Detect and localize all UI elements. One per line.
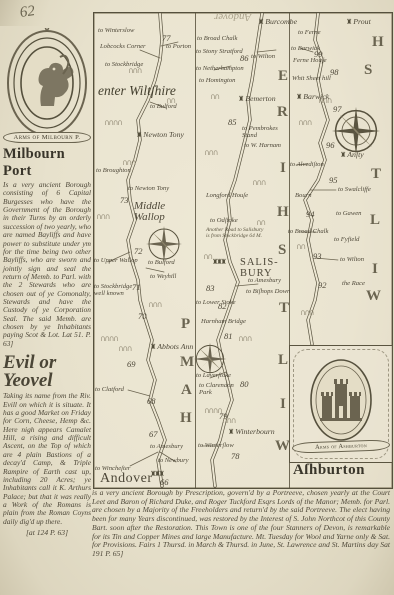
map-label: 83 bbox=[206, 284, 215, 293]
map-label: to Clatford bbox=[95, 387, 124, 394]
map-label: to Winterslow bbox=[98, 28, 134, 35]
map-label: to Newbury bbox=[158, 458, 189, 465]
county-letter: H bbox=[277, 204, 290, 221]
city-cluster-icon: ♜♜♜ bbox=[212, 258, 225, 266]
village-ansty: ♜Anſty bbox=[340, 151, 364, 159]
map-label: to Upper Wallop bbox=[94, 258, 140, 265]
map-label: 97 bbox=[333, 105, 342, 114]
county-letter: M bbox=[180, 354, 195, 371]
map-label: Lobcocks Corner bbox=[100, 44, 146, 51]
map-label: the Race bbox=[342, 281, 365, 288]
church-icon: ♜ bbox=[346, 18, 352, 26]
map-label: Bourn bbox=[295, 193, 311, 200]
hills-icon: ∩∩ bbox=[256, 218, 265, 227]
hills-icon: ∩∩∩∩ bbox=[100, 334, 117, 343]
map-label: to Gawen bbox=[336, 211, 361, 218]
map-label: 93 bbox=[313, 252, 322, 261]
map-label: 67 bbox=[149, 430, 158, 439]
village-abbots-ann: ♜Abbots Ann bbox=[150, 343, 193, 351]
map-label: 94 bbox=[306, 210, 315, 219]
hills-icon: ∩∩∩ bbox=[128, 66, 141, 75]
map-label: to Laverſtoke bbox=[196, 373, 231, 380]
hills-icon: ∩∩∩ bbox=[300, 308, 313, 317]
map-label: to Amesbury bbox=[150, 444, 183, 451]
church-icon: ♜ bbox=[150, 343, 156, 351]
map-label: to Biſhops Down bbox=[246, 289, 290, 296]
county-letter: R bbox=[277, 104, 289, 121]
atlas-page: { "page_number": "62", "reversed_top_lab… bbox=[0, 0, 394, 595]
map-label: to Amesbury bbox=[248, 278, 281, 285]
county-letter: P bbox=[181, 316, 191, 333]
hills-icon: ∩∩∩∩ bbox=[204, 406, 221, 415]
hills-icon: ∩∩ bbox=[296, 242, 305, 251]
village-prout: ♜Prout bbox=[346, 18, 371, 26]
village-newton-tony: ♜Newton Tony bbox=[136, 131, 184, 139]
county-letter: L bbox=[370, 212, 381, 229]
church-icon: ♜ bbox=[136, 131, 142, 139]
map-label: to Swalcliffe bbox=[338, 187, 371, 194]
hills-icon: ∩∩ bbox=[203, 252, 212, 261]
hills-icon: ∩∩∩ bbox=[118, 344, 131, 353]
church-icon: ♜ bbox=[340, 151, 346, 159]
yeovil-footnote: [at 124 P. 63] bbox=[3, 528, 91, 537]
map-label: Whit Sheet hill bbox=[292, 76, 331, 83]
map-label: to Newton Tony bbox=[128, 186, 169, 193]
reversed-header-label: Andover bbox=[214, 11, 251, 23]
map-label: 98 bbox=[330, 68, 339, 77]
map-label: to Broad Chalk bbox=[197, 36, 237, 43]
map-label: to Wilton bbox=[251, 54, 275, 61]
town-middle-wallop: Middle Wallop bbox=[134, 201, 192, 223]
village-bemerton: ♜Bemerton bbox=[238, 95, 276, 103]
county-letter: L bbox=[278, 352, 289, 369]
hills-icon: ∩∩∩ bbox=[148, 300, 161, 309]
map-label: 85 bbox=[228, 118, 237, 127]
map-label: 68 bbox=[147, 397, 156, 406]
map-label: to Homington bbox=[199, 78, 235, 85]
church-icon: ♜ bbox=[296, 93, 302, 101]
hills-icon: ∩∩∩ bbox=[122, 158, 135, 167]
map-label: Harnham Bridge bbox=[201, 319, 246, 326]
milbourn-description: Is a very ancient Borough consisting of … bbox=[3, 181, 91, 348]
map-label: to Clarendon Park bbox=[199, 383, 245, 396]
county-letter: I bbox=[280, 160, 287, 177]
map-label: 86 bbox=[240, 54, 249, 63]
church-icon: ♜ bbox=[238, 95, 244, 103]
map-label: to Alvediſton bbox=[290, 162, 324, 169]
map-label: to Netherhampton bbox=[196, 66, 244, 73]
map-label: Ferne Houſe bbox=[293, 58, 327, 65]
hills-icon: ∩∩∩ bbox=[204, 148, 217, 157]
map-label: to Weyhill bbox=[150, 274, 176, 281]
map-label: to Ferne bbox=[298, 30, 321, 37]
hills-icon: ∩∩∩ bbox=[298, 118, 311, 127]
map-label: to Broughton bbox=[96, 168, 131, 175]
milbourn-arms-cartouche bbox=[5, 28, 89, 138]
hills-icon: ∩∩ bbox=[166, 96, 175, 105]
county-letter: H bbox=[372, 34, 385, 51]
map-label: to Bulford bbox=[150, 104, 177, 111]
hills-icon: ∩∩ bbox=[210, 92, 219, 101]
county-letter: W bbox=[366, 288, 382, 305]
hills-icon: ∩∩∩∩ bbox=[104, 118, 121, 127]
village-winterbourn: ♜Winterbourn bbox=[228, 428, 275, 436]
church-icon: ♜ bbox=[228, 428, 234, 436]
ashburton-description: is a very ancient Borough by Prescriptio… bbox=[92, 489, 390, 559]
map-label: to Winterſlow bbox=[198, 443, 234, 450]
map-label: 77 bbox=[162, 34, 171, 43]
map-label: Another Road to Salisbury is from Stockb… bbox=[206, 228, 266, 239]
county-letter: A bbox=[181, 382, 193, 399]
county-letter: T bbox=[371, 166, 382, 183]
map-label: enter Wiltſhire bbox=[98, 84, 190, 98]
map-label: 72 bbox=[134, 247, 143, 256]
village-burcombe: ♜Burcombe bbox=[258, 18, 297, 26]
county-letter: S bbox=[278, 242, 287, 259]
map-label: Longford Houſe bbox=[206, 193, 248, 200]
map-label: to Broad Chalk bbox=[288, 229, 328, 236]
map-label: 96 bbox=[326, 141, 335, 150]
map-label: to Fyfield bbox=[334, 237, 359, 244]
map-label: to Pembrokes Stand bbox=[242, 126, 288, 139]
town-andover: Andover bbox=[100, 472, 153, 486]
ashburton-title: Aſhburton bbox=[293, 462, 365, 479]
yeovil-description: Taking its name from the Riv. Evill on w… bbox=[3, 392, 91, 526]
map-label: 81 bbox=[224, 332, 233, 341]
map-label: to Barwick bbox=[291, 46, 320, 53]
hills-icon: ∩∩∩ bbox=[222, 416, 235, 425]
map-label: 92 bbox=[318, 281, 327, 290]
map-label: to Odſtoke bbox=[210, 218, 238, 225]
county-letter: I bbox=[372, 261, 379, 278]
hills-icon: ∩∩∩ bbox=[318, 96, 331, 105]
map-label: to Stony Stratford bbox=[196, 49, 243, 56]
map-label: to Porton bbox=[166, 44, 191, 51]
map-label: 73 bbox=[120, 196, 129, 205]
map-label: to Lower Stoke bbox=[196, 300, 236, 307]
map-label: 78 bbox=[231, 452, 240, 461]
county-letter: S bbox=[364, 62, 373, 79]
map-label: 70 bbox=[138, 312, 147, 321]
hills-icon: ∩∩∩ bbox=[252, 178, 265, 187]
map-label: 95 bbox=[329, 176, 338, 185]
map-label: to Bulford bbox=[148, 260, 175, 267]
map-label: to Wilton bbox=[340, 257, 364, 264]
map-label: to W. Harnam bbox=[244, 143, 281, 150]
hills-icon: ∩∩∩ bbox=[96, 212, 109, 221]
map-label: 66 bbox=[160, 478, 169, 487]
map-label: to Stockbridge well known bbox=[94, 284, 140, 297]
left-text-panel: Arms of Milbourn P. Milbourn Port Is a v… bbox=[3, 28, 91, 537]
map-label: 69 bbox=[127, 360, 136, 369]
map-label: 82 bbox=[218, 302, 227, 311]
yeovil-title: Evil or Yeovel bbox=[3, 354, 91, 390]
lion-rampant-icon bbox=[5, 28, 89, 138]
church-icon: ♜ bbox=[258, 18, 264, 26]
county-letter: I bbox=[280, 396, 287, 413]
salisbury-buildings: ♜♜♜ bbox=[212, 258, 226, 266]
hills-icon: ∩∩∩ bbox=[238, 334, 251, 343]
milbourn-title: Milbourn Port bbox=[3, 146, 91, 180]
strip-divider-1 bbox=[195, 13, 196, 488]
county-letter: T bbox=[279, 300, 290, 317]
county-letter: E bbox=[278, 68, 289, 85]
county-letter: H bbox=[180, 410, 193, 427]
milbourn-arms-banner: Arms of Milbourn P. bbox=[3, 132, 91, 143]
page-number: 62 bbox=[19, 3, 36, 22]
